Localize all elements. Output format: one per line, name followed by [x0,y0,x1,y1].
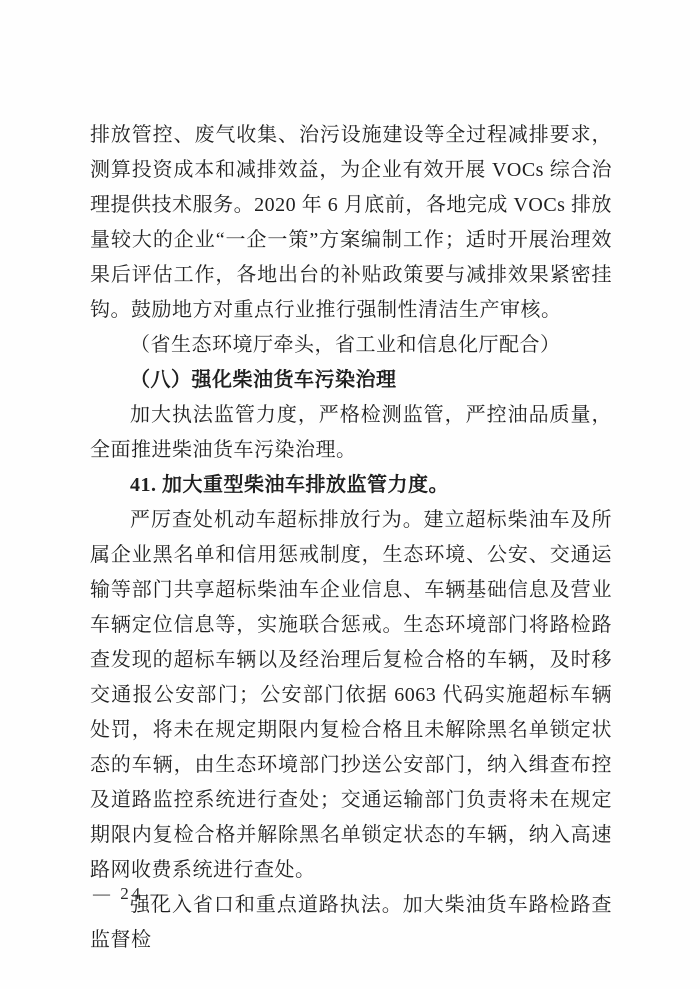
paragraph-vocs-continuation: 排放管控、废气收集、治污设施建设等全过程减排要求，测算投资成本和减排效益，为企业… [90,118,612,328]
section-heading-8-diesel-truck: （八）强化柴油货车污染治理 [90,363,612,398]
paragraph-responsible-departments: （省生态环境厅牵头，省工业和信息化厅配合） [90,328,612,363]
item-heading-41: 41. 加大重型柴油车排放监管力度。 [90,468,612,503]
page-number: — 24 — [93,882,171,906]
document-body: 排放管控、废气收集、治污设施建设等全过程减排要求，测算投资成本和减排效益，为企业… [90,118,612,958]
document-page: 排放管控、废气收集、治污设施建设等全过程减排要求，测算投资成本和减排效益，为企业… [0,0,700,989]
paragraph-section-lead: 加大执法监管力度，严格检测监管，严控油品质量，全面推进柴油货车污染治理。 [90,398,612,468]
paragraph-enforcement-detail: 严厉查处机动车超标排放行为。建立超标柴油车及所属企业黑名单和信用惩戒制度，生态环… [90,503,612,888]
